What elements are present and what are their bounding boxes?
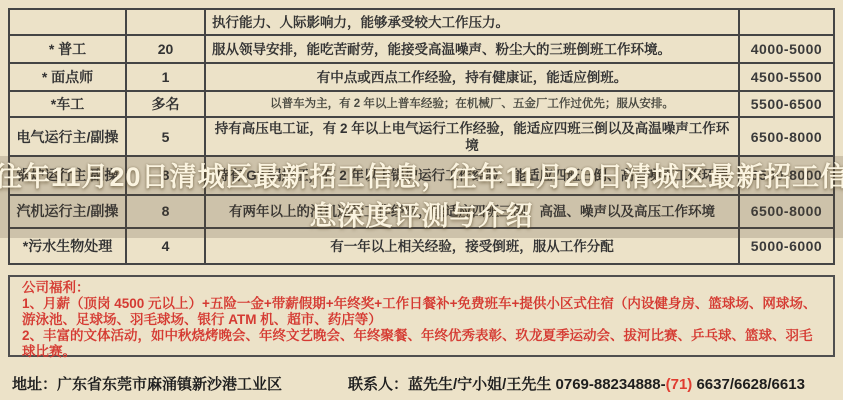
headcount-cell [125,10,204,34]
table-row: 执行能力、人际影响力，能够承受较大工作压力。 [10,10,833,34]
headcount-cell: 8 [125,196,204,227]
job-title-cell: *车工 [10,92,125,116]
requirements-cell: 持有高压电工证，有 2 年以上电气运行工作经验，能适应四班三倒以及高温噪声工作环… [204,118,738,156]
salary-cell: 6500-8000 [738,118,833,156]
table-row: * 面点师 1 有中点或西点工作经验，持有健康证，能适应倒班。 4500-550… [10,62,833,90]
table-row: 汽机运行主/副操 8 有两年以上的汽机运行工作经验，能适应四班三倒、高温、噪声以… [10,194,833,227]
footer-contact: 联系人：蓝先生/宁小姐/王先生 0769-88234888-(71) 6637/… [348,373,805,394]
table-row: *污水生物处理 4 有一年以上相关经验，接受倒班，服从工作分配 5000-600… [10,227,833,263]
job-title-cell: * 普工 [10,36,125,62]
salary-cell: 6500-8000 [738,196,833,227]
table-row: * 普工 20 服从领导安排，能吃苦耐劳，能接受高温噪声、粉尘大的三班倒班工作环… [10,34,833,62]
headcount-cell: 1 [125,64,204,90]
salary-cell: 4500-5500 [738,64,833,90]
job-title-cell: *污水生物处理 [10,229,125,263]
salary-cell: 6500-8000 [738,157,833,194]
benefit-line-2: 2、丰富的文体活动，如中秋烧烤晚会、年终文艺晚会、年终聚餐、年终优秀表彰、玖龙夏… [22,328,823,360]
footer-address: 地址：广东省东莞市麻涌镇新沙港工业区 [12,373,282,394]
requirements-cell: 以普车为主，有 2 年以上普车经验；在机械厂、五金厂工作过优先；服从安排。 [204,92,738,116]
job-title-cell: 锅炉运行主/副操 [10,157,125,194]
table-row: 电气运行主/副操 5 持有高压电工证，有 2 年以上电气运行工作经验，能适应四班… [10,116,833,155]
job-title-cell: * 面点师 [10,64,125,90]
table-row: 锅炉运行主/副操 8 持有 G3 锅炉证，有 2 年以上锅炉运行工作经验，能适应… [10,155,833,194]
phone-extension-red: (71) [666,376,693,393]
benefits-box: 公司福利： 1、月薪（顶岗 4500 元以上）+五险一金+带薪假期+年终奖+工作… [8,275,835,357]
headcount-cell: 多名 [125,92,204,116]
benefits-title: 公司福利： [22,280,823,296]
job-title-cell: 汽机运行主/副操 [10,196,125,227]
salary-cell [738,10,833,34]
requirements-cell: 有两年以上的汽机运行工作经验，能适应四班三倒、高温、噪声以及高压工作环境 [204,196,738,227]
headcount-cell: 5 [125,118,204,156]
contact-text: 联系人：蓝先生/宁小姐/王先生 0769-88234888- [348,376,666,393]
headcount-cell: 4 [125,229,204,263]
requirements-cell: 持有 G3 锅炉证，有 2 年以上锅炉运行工作经验，能适应四班三倒、高温噪声工作… [204,157,738,194]
recruitment-notice-page: { "banner": { "line1": "往年11月20日清城区最新招工信… [0,0,843,400]
salary-cell: 5000-6000 [738,229,833,263]
job-table: 执行能力、人际影响力，能够承受较大工作压力。 * 普工 20 服从领导安排，能吃… [8,8,835,265]
salary-cell: 5500-6500 [738,92,833,116]
requirements-cell: 执行能力、人际影响力，能够承受较大工作压力。 [204,10,738,34]
job-title-cell [10,10,125,34]
salary-cell: 4000-5000 [738,36,833,62]
headcount-cell: 8 [125,157,204,194]
requirements-cell: 服从领导安排，能吃苦耐劳，能接受高温噪声、粉尘大的三班倒班工作环境。 [204,36,738,62]
job-title-cell: 电气运行主/副操 [10,118,125,156]
requirements-cell: 有中点或西点工作经验，持有健康证，能适应倒班。 [204,64,738,90]
footer: 地址：广东省东莞市麻涌镇新沙港工业区 联系人：蓝先生/宁小姐/王先生 0769-… [0,371,843,393]
requirements-cell: 有一年以上相关经验，接受倒班，服从工作分配 [204,229,738,263]
phone-extension-rest: 6637/6628/6613 [692,376,805,393]
table-row: *车工 多名 以普车为主，有 2 年以上普车经验；在机械厂、五金厂工作过优先；服… [10,90,833,116]
headcount-cell: 20 [125,36,204,62]
benefit-line-1: 1、月薪（顶岗 4500 元以上）+五险一金+带薪假期+年终奖+工作日餐补+免费… [22,296,823,328]
